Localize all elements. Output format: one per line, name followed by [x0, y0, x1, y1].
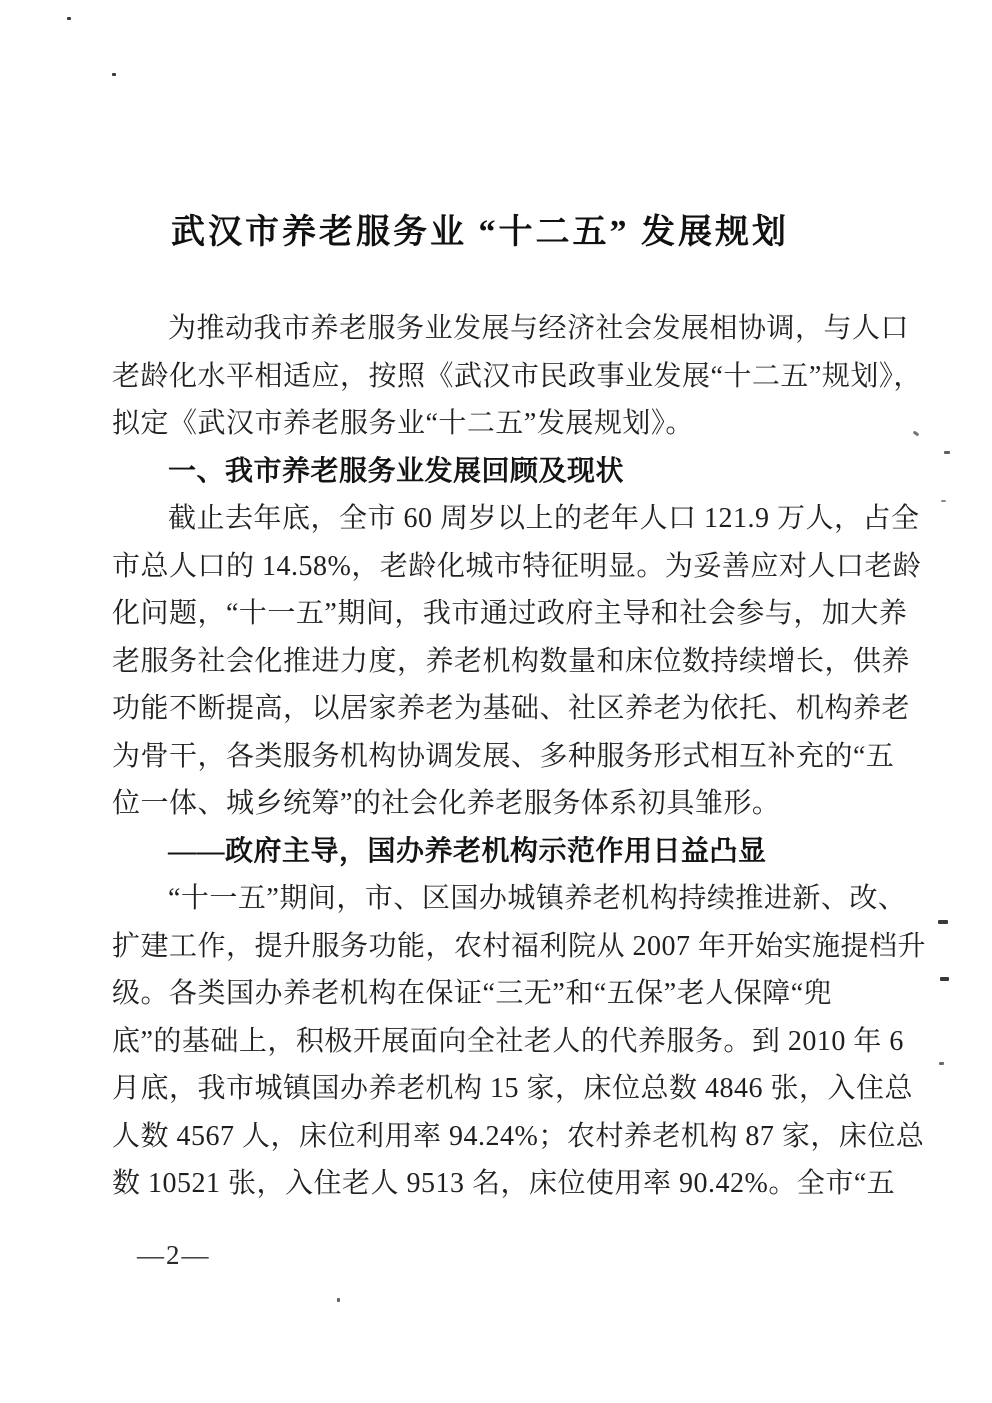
- scan-speck: [944, 451, 950, 454]
- section-heading: 一、我市养老服务业发展回顾及现状: [112, 448, 888, 496]
- text-line: 人数 4567 人，床位利用率 94.24%；农村养老机构 87 家，床位总: [112, 1113, 888, 1161]
- text-line: 位一体、城乡统筹”的社会化养老服务体系初具雏形。: [112, 780, 888, 828]
- scan-speck: [939, 1062, 944, 1065]
- text-line: 月底，我市城镇国办养老机构 15 家，床位总数 4846 张，入住总: [112, 1065, 888, 1113]
- document-body: 为推动我市养老服务业发展与经济社会发展相协调，与人口老龄化水平相适应，按照《武汉…: [112, 305, 888, 1208]
- text-line: 市总人口的 14.58%，老龄化城市特征明显。为妥善应对人口老龄: [112, 543, 888, 591]
- text-line: 截止去年底，全市 60 周岁以上的老年人口 121.9 万人，占全: [112, 495, 888, 543]
- text-line: 数 10521 张，入住老人 9513 名，床位使用率 90.42%。全市“五: [112, 1160, 888, 1208]
- text-line: 拟定《武汉市养老服务业“十二五”发展规划》。: [112, 400, 888, 448]
- text-line: 老龄化水平相适应，按照《武汉市民政事业发展“十二五”规划》，: [112, 353, 888, 401]
- text-line: “十一五”期间，市、区国办城镇养老机构持续推进新、改、: [112, 875, 888, 923]
- text-line: 化问题，“十一五”期间，我市通过政府主导和社会参与，加大养: [112, 590, 888, 638]
- scan-speck: [941, 500, 946, 502]
- scan-speck: [112, 73, 116, 76]
- section-heading: ——政府主导，国办养老机构示范作用日益凸显: [112, 828, 888, 876]
- text-line: 底”的基础上，积极开展面向全社老人的代养服务。到 2010 年 6: [112, 1018, 888, 1066]
- text-line: 老服务社会化推进力度，养老机构数量和床位数持续增长，供养: [112, 638, 888, 686]
- scan-speck: [913, 431, 920, 437]
- scan-speck: [938, 920, 948, 924]
- scan-speck: [337, 1298, 340, 1302]
- document-title: 武汉市养老服务业 “十二五” 发展规划: [0, 204, 960, 253]
- scan-speck: [940, 977, 949, 981]
- scan-speck: [67, 17, 71, 20]
- text-line: 为骨干，各类服务机构协调发展、多种服务形式相互补充的“五: [112, 733, 888, 781]
- text-line: 扩建工作，提升服务功能，农村福利院从 2007 年开始实施提档升: [112, 923, 888, 971]
- text-line: 级。各类国办养老机构在保证“三无”和“五保”老人保障“兜: [112, 970, 888, 1018]
- page-number: —2—: [137, 1240, 211, 1271]
- text-line: 功能不断提高，以居家养老为基础、社区养老为依托、机构养老: [112, 685, 888, 733]
- text-line: 为推动我市养老服务业发展与经济社会发展相协调，与人口: [112, 305, 888, 353]
- document-page: 武汉市养老服务业 “十二五” 发展规划 为推动我市养老服务业发展与经济社会发展相…: [0, 0, 992, 1403]
